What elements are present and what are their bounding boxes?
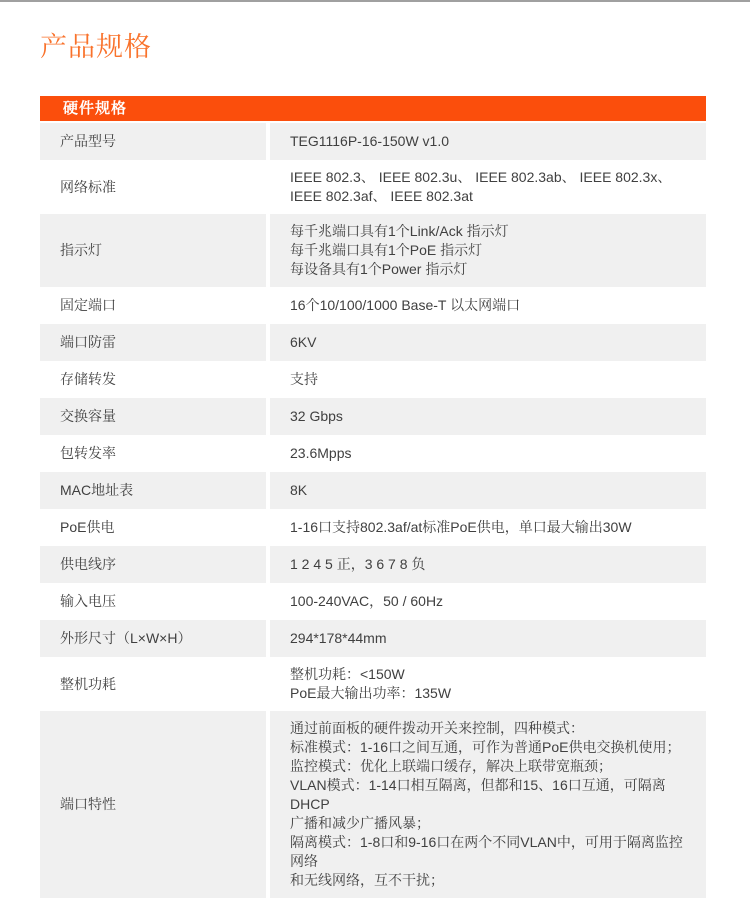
page-top-divider — [0, 0, 750, 2]
spec-value: 16个10/100/1000 Base-T 以太网端口 — [270, 287, 706, 324]
spec-label: MAC地址表 — [40, 472, 266, 509]
spec-value: 1-16口支持802.3af/at标准PoE供电，单口最大输出30W — [270, 509, 706, 546]
spec-row-power-pinout: 供电线序 1 2 4 5 正，3 6 7 8 负 — [40, 546, 706, 583]
spec-row-fixed-ports: 固定端口 16个10/100/1000 Base-T 以太网端口 — [40, 287, 706, 324]
spec-value: TEG1116P-16-150W v1.0 — [270, 123, 706, 160]
spec-value: 8K — [270, 472, 706, 509]
hardware-spec-table: 硬件规格 产品型号 TEG1116P-16-150W v1.0 网络标准 IEE… — [40, 96, 706, 898]
spec-row-port-features: 端口特性 通过前面板的硬件拨动开关来控制，四种模式： 标准模式：1-16口之间互… — [40, 711, 706, 898]
spec-row-power-consumption: 整机功耗 整机功耗：<150W PoE最大输出功率：135W — [40, 657, 706, 711]
spec-value: 1 2 4 5 正，3 6 7 8 负 — [270, 546, 706, 583]
spec-row-switching-capacity: 交换容量 32 Gbps — [40, 398, 706, 435]
spec-row-network-standards: 网络标准 IEEE 802.3、 IEEE 802.3u、 IEEE 802.3… — [40, 160, 706, 214]
spec-row-store-forward: 存储转发 支持 — [40, 361, 706, 398]
spec-label: 网络标准 — [40, 160, 266, 214]
spec-label: 端口特性 — [40, 711, 266, 898]
spec-value: 支持 — [270, 361, 706, 398]
spec-label: 外形尺寸（L×W×H） — [40, 620, 266, 657]
spec-value: 6KV — [270, 324, 706, 361]
spec-row-indicator-leds: 指示灯 每千兆端口具有1个Link/Ack 指示灯 每千兆端口具有1个PoE 指… — [40, 214, 706, 287]
spec-value: 通过前面板的硬件拨动开关来控制，四种模式： 标准模式：1-16口之间互通，可作为… — [270, 711, 706, 898]
spec-row-input-voltage: 输入电压 100-240VAC，50 / 60Hz — [40, 583, 706, 620]
spec-row-packet-forwarding-rate: 包转发率 23.6Mpps — [40, 435, 706, 472]
spec-row-dimensions: 外形尺寸（L×W×H） 294*178*44mm — [40, 620, 706, 657]
spec-label: 指示灯 — [40, 214, 266, 287]
spec-label: 交换容量 — [40, 398, 266, 435]
spec-label: 固定端口 — [40, 287, 266, 324]
spec-value: IEEE 802.3、 IEEE 802.3u、 IEEE 802.3ab、 I… — [270, 160, 706, 214]
spec-label: 包转发率 — [40, 435, 266, 472]
product-spec-page: 产品规格 硬件规格 产品型号 TEG1116P-16-150W v1.0 网络标… — [0, 32, 750, 898]
spec-value: 32 Gbps — [270, 398, 706, 435]
spec-row-mac-address-table: MAC地址表 8K — [40, 472, 706, 509]
spec-label: 端口防雷 — [40, 324, 266, 361]
spec-label: 整机功耗 — [40, 657, 266, 711]
spec-value: 100-240VAC，50 / 60Hz — [270, 583, 706, 620]
spec-row-poe-power-supply: PoE供电 1-16口支持802.3af/at标准PoE供电，单口最大输出30W — [40, 509, 706, 546]
page-title: 产品规格 — [40, 32, 710, 62]
spec-row-product-model: 产品型号 TEG1116P-16-150W v1.0 — [40, 123, 706, 160]
spec-label: 供电线序 — [40, 546, 266, 583]
spec-label: 输入电压 — [40, 583, 266, 620]
spec-value: 294*178*44mm — [270, 620, 706, 657]
spec-value: 整机功耗：<150W PoE最大输出功率：135W — [270, 657, 706, 711]
table-header-hardware-spec: 硬件规格 — [40, 96, 706, 121]
spec-label: PoE供电 — [40, 509, 266, 546]
spec-label: 存储转发 — [40, 361, 266, 398]
spec-value: 每千兆端口具有1个Link/Ack 指示灯 每千兆端口具有1个PoE 指示灯 每… — [270, 214, 706, 287]
spec-row-lightning-protection: 端口防雷 6KV — [40, 324, 706, 361]
spec-value: 23.6Mpps — [270, 435, 706, 472]
spec-table-body: 产品型号 TEG1116P-16-150W v1.0 网络标准 IEEE 802… — [40, 123, 706, 898]
spec-label: 产品型号 — [40, 123, 266, 160]
